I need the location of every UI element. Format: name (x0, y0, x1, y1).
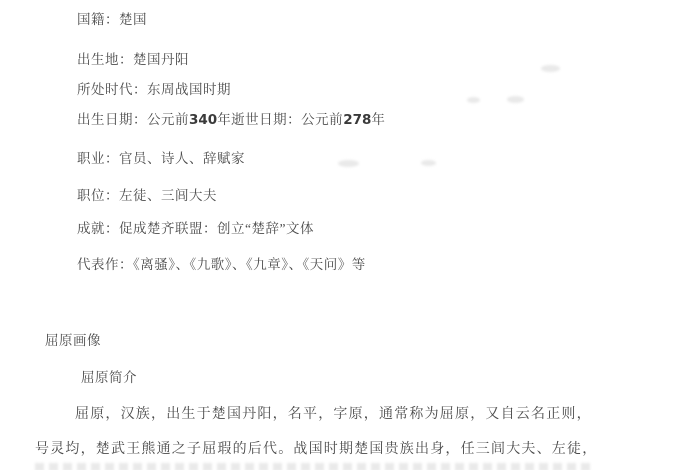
infobox-occupation: 职业：官员、诗人、辞赋家 (77, 147, 245, 167)
bio-paragraph-line-2: 号灵均，楚武王熊通之子屈瑕的后代。战国时期楚国贵族出身，任三闾大夫、左徒， (35, 438, 597, 458)
death-date-label: 年逝世日期：公元前 (217, 112, 343, 127)
infobox-works: 代表作：《离骚》、《九歌》、《九章》、《天问》等 (77, 253, 366, 273)
year-suffix: 年 (371, 112, 385, 127)
section-title: 屈原简介 (81, 366, 137, 386)
infobox-dates: 出生日期：公元前340年逝世日期：公元前278年 (77, 108, 385, 128)
bio-paragraph-line-1: 屈原，汉族，出生于楚国丹阳，名平，字原，通常称为屈原，又自云名正则， (75, 403, 592, 423)
infobox-era: 所处时代：东周战国时期 (77, 78, 231, 98)
scan-smudge (421, 160, 436, 166)
cutoff-text-artifact (35, 463, 590, 470)
scan-smudge (338, 160, 359, 167)
scanned-document-page: 国籍：楚国 出生地：楚国丹阳 所处时代：东周战国时期 出生日期：公元前340年逝… (0, 0, 700, 470)
death-year-number: 278 (343, 112, 371, 128)
infobox-position: 职位：左徒、三闾大夫 (77, 184, 217, 204)
birth-date-prefix: 出生日期：公元前 (77, 112, 189, 127)
scan-smudge (541, 65, 560, 72)
birth-year-number: 340 (189, 112, 217, 128)
portrait-caption: 屈原画像 (45, 329, 101, 349)
infobox-nationality: 国籍：楚国 (77, 8, 147, 28)
scan-smudge (467, 97, 480, 103)
scan-smudge (507, 96, 524, 103)
infobox-birthplace: 出生地：楚国丹阳 (77, 48, 189, 68)
infobox-achievements: 成就：促成楚齐联盟：创立“楚辞”文体 (77, 217, 314, 237)
